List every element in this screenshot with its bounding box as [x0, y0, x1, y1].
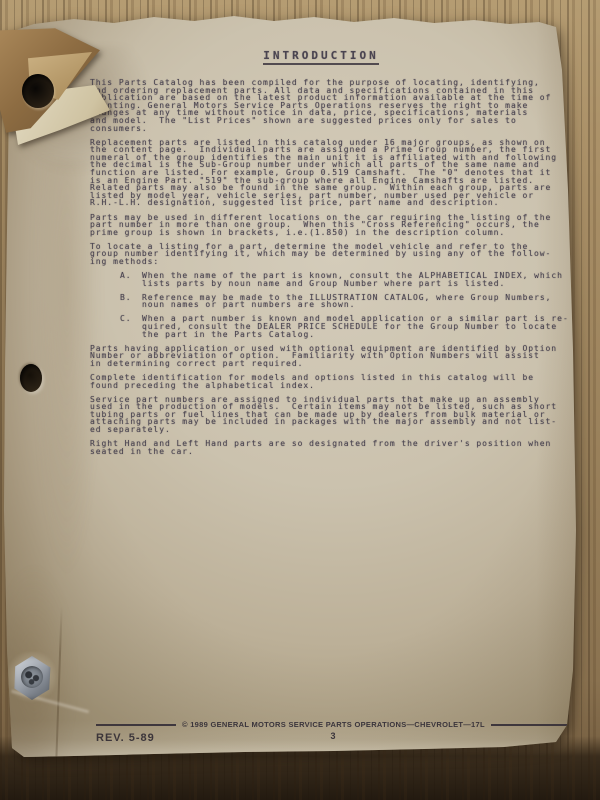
paragraph: Right Hand and Left Hand parts are so de…: [90, 440, 576, 455]
paragraph: Complete identification for models and o…: [90, 374, 576, 389]
method-text: When the name of the part is known, cons…: [142, 272, 563, 287]
paragraph: Replacement parts are listed in this cat…: [90, 139, 576, 207]
method-label: B.: [120, 294, 142, 309]
copyright-text: © 1989 GENERAL MOTORS SERVICE PARTS OPER…: [182, 720, 485, 729]
binding-bolt: [8, 650, 56, 706]
paragraph: Service part numbers are assigned to ind…: [90, 396, 576, 434]
method-text: Reference may be made to the ILLUSTRATIO…: [142, 294, 551, 309]
binding-hole-top: [22, 74, 54, 108]
method-label: A.: [120, 272, 142, 287]
footer: © 1989 GENERAL MOTORS SERVICE PARTS OPER…: [90, 720, 576, 754]
footer-rule-left: [96, 724, 176, 726]
paragraph: Parts having application or used with op…: [90, 345, 576, 368]
bolt-head-markings: [21, 666, 43, 688]
page-title: INTRODUCTION: [263, 50, 378, 65]
footer-row: © 1989 GENERAL MOTORS SERVICE PARTS OPER…: [90, 720, 576, 729]
punched-hole-middle: [20, 364, 42, 392]
method-item-c: C. When a part number is known and model…: [120, 315, 576, 338]
page-number: 3: [90, 731, 576, 741]
photo-scene: INTRODUCTION This Parts Catalog has been…: [0, 0, 600, 800]
method-text: When a part number is known and model ap…: [142, 315, 569, 338]
method-label: C.: [120, 315, 142, 338]
page-content: INTRODUCTION This Parts Catalog has been…: [90, 50, 576, 462]
revision-label: REV. 5-89: [96, 732, 155, 744]
method-item-b: B. Reference may be made to the ILLUSTRA…: [120, 294, 576, 309]
torn-paper-corner: [0, 0, 130, 160]
paragraph: Parts may be used in different locations…: [90, 214, 576, 237]
footer-rule-right: [491, 724, 576, 726]
paper-crease: [55, 606, 62, 760]
paragraph: To locate a listing for a part, determin…: [90, 243, 576, 266]
method-item-a: A. When the name of the part is known, c…: [120, 272, 576, 287]
title-row: INTRODUCTION: [78, 50, 564, 65]
paragraph: This Parts Catalog has been compiled for…: [90, 79, 576, 132]
